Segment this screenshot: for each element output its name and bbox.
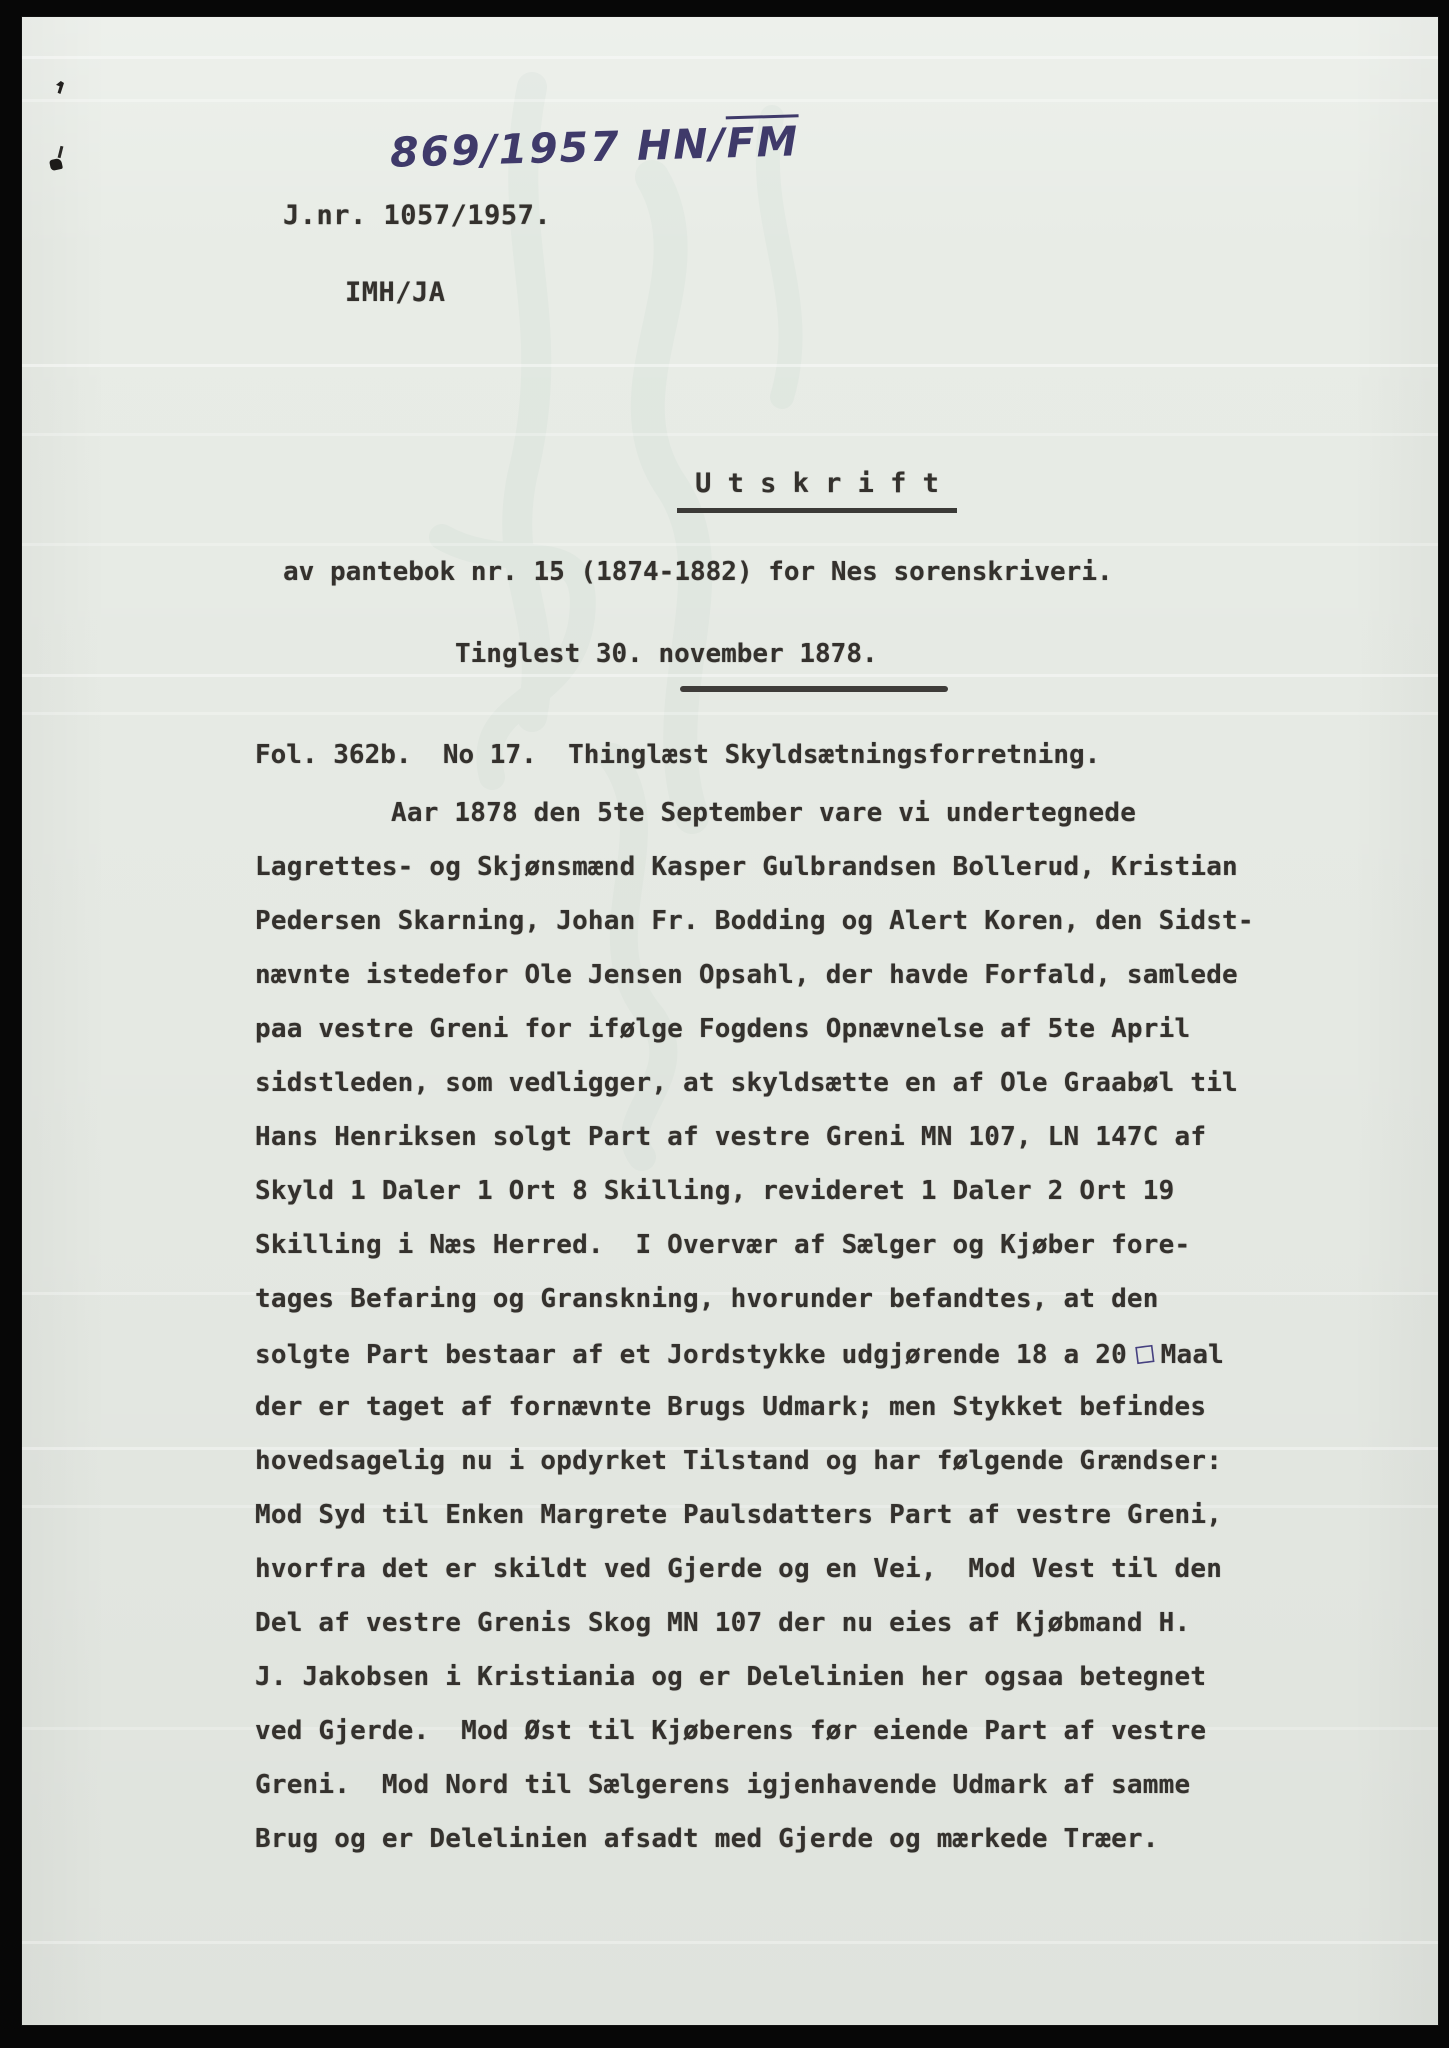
document-title: U t s k r i f t <box>677 468 957 513</box>
body-line: J. Jakobsen i Kristiania og er Delelinie… <box>255 1650 1285 1704</box>
scan-streak <box>22 364 1438 367</box>
section-divider <box>680 686 948 692</box>
body-line: Hans Henriksen solgt Part af vestre Gren… <box>255 1110 1285 1164</box>
scanned-page: 869/1957 HN/FM J.nr. 1057/1957. IMH/JA U… <box>22 17 1438 2025</box>
ink-speck <box>56 81 64 94</box>
entry-heading: Fol. 362b. No 17. Thinglæst Skyldsætning… <box>255 740 1100 770</box>
body-line: Skilling i Næs Herred. I Overvær af Sælg… <box>255 1218 1285 1272</box>
subtitle-date: Tinglest 30. november 1878. <box>455 639 878 669</box>
body-line: Greni. Mod Nord til Sælgerens igjenhaven… <box>255 1758 1285 1812</box>
body-line: tages Befaring og Granskning, hvorunder … <box>255 1272 1285 1326</box>
scan-streak <box>22 56 1438 59</box>
body-line: Brug og er Delelinien afsadt med Gjerde … <box>255 1812 1285 1866</box>
body-line-text: solgte Part bestaar af et Jordstykke udg… <box>255 1340 1127 1370</box>
clerk-initials: IMH/JA <box>345 277 446 308</box>
handwritten-annotation: 869/1957 HN/FM <box>389 117 800 176</box>
body-line: hvorfra det er skildt ved Gjerde og en V… <box>255 1542 1285 1596</box>
scan-streak <box>22 712 1438 715</box>
body-line: der er taget af fornævnte Brugs Udmark; … <box>255 1380 1285 1434</box>
handwritten-square-symbol: □ <box>1133 1324 1157 1380</box>
body-line: Pedersen Skarning, Johan Fr. Bodding og … <box>255 894 1285 948</box>
scan-streak <box>22 433 1438 436</box>
journal-number: J.nr. 1057/1957. <box>283 200 551 231</box>
body-line: nævnte istedefor Ole Jensen Opsahl, der … <box>255 948 1285 1002</box>
scan-streak <box>22 543 1438 546</box>
body-line: Skyld 1 Daler 1 Ort 8 Skilling, revidere… <box>255 1164 1285 1218</box>
scan-streak <box>22 674 1438 677</box>
body-line: paa vestre Greni for ifølge Fogdens Opnæ… <box>255 1002 1285 1056</box>
scan-background: { "annotation": { "main": "869/1957 HN/"… <box>0 0 1449 2048</box>
body-line: hovedsagelig nu i opdyrket Tilstand og h… <box>255 1434 1285 1488</box>
body-line: Aar 1878 den 5te September vare vi under… <box>255 786 1285 840</box>
body-line: Del af vestre Grenis Skog MN 107 der nu … <box>255 1596 1285 1650</box>
body-line-with-symbol: solgte Part bestaar af et Jordstykke udg… <box>255 1326 1285 1380</box>
subtitle-source: av pantebok nr. 15 (1874-1882) for Nes s… <box>283 557 1113 587</box>
ink-speck <box>49 146 64 170</box>
annotation-overlined-text: FM <box>726 117 800 167</box>
body-line-text: Maal <box>1161 1340 1224 1370</box>
body-line: sidstleden, som vedligger, at skyldsætte… <box>255 1056 1285 1110</box>
body-line: Lagrettes- og Skjønsmænd Kasper Gulbrand… <box>255 840 1285 894</box>
scan-streak <box>22 99 1438 102</box>
document-body: Aar 1878 den 5te September vare vi under… <box>255 786 1285 1866</box>
body-line: ved Gjerde. Mod Øst til Kjøberens før ei… <box>255 1704 1285 1758</box>
body-line: Mod Syd til Enken Margrete Paulsdatters … <box>255 1488 1285 1542</box>
annotation-text: 869/1957 HN/ <box>389 119 727 176</box>
scan-streak <box>22 1941 1438 1944</box>
